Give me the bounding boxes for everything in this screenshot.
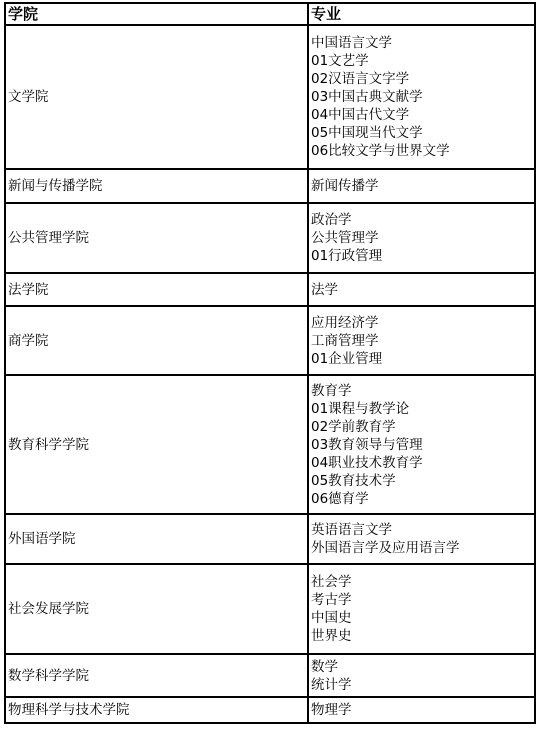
majors-cell: 物理学 — [308, 697, 535, 723]
major-item: 考古学 — [311, 591, 534, 609]
majors-cell: 社会学考古学中国史世界史 — [308, 564, 535, 654]
table-row: 物理科学与技术学院物理学 — [5, 697, 535, 723]
major-item: 统计学 — [311, 676, 534, 694]
major-item: 工商管理学 — [311, 332, 534, 350]
major-item: 03教育领导与管理 — [311, 436, 534, 454]
college-cell: 数学科学学院 — [5, 654, 308, 697]
majors-cell: 法学 — [308, 273, 535, 306]
major-item: 法学 — [311, 281, 534, 299]
major-item: 物理学 — [311, 701, 534, 719]
major-item: 05中国现当代文学 — [311, 124, 534, 142]
major-item: 新闻传播学 — [311, 177, 534, 195]
majors-cell: 教育学01课程与教学论02学前教育学03教育领导与管理04职业技术教育学05教育… — [308, 375, 535, 514]
college-cell: 文学院 — [5, 25, 308, 169]
major-item: 政治学 — [311, 211, 534, 229]
major-item: 01企业管理 — [311, 350, 534, 368]
major-item: 数学 — [311, 658, 534, 676]
table-row: 公共管理学院政治学公共管理学01行政管理 — [5, 203, 535, 273]
major-item: 02学前教育学 — [311, 418, 534, 436]
major-item: 英语语言文学 — [311, 521, 534, 539]
majors-cell: 中国语言文学01文艺学02汉语言文字学03中国古典文献学04中国古代文学05中国… — [308, 25, 535, 169]
major-item: 01文艺学 — [311, 52, 534, 70]
table-row: 数学科学学院数学统计学 — [5, 654, 535, 697]
college-cell: 社会发展学院 — [5, 564, 308, 654]
college-cell: 公共管理学院 — [5, 203, 308, 273]
major-item: 04中国古代文学 — [311, 106, 534, 124]
table-row: 文学院中国语言文学01文艺学02汉语言文字学03中国古典文献学04中国古代文学0… — [5, 25, 535, 169]
college-cell: 新闻与传播学院 — [5, 169, 308, 203]
table-row: 外国语学院英语语言文学外国语言学及应用语言学 — [5, 514, 535, 564]
table-row: 社会发展学院社会学考古学中国史世界史 — [5, 564, 535, 654]
majors-cell: 应用经济学工商管理学01企业管理 — [308, 306, 535, 375]
major-item: 外国语言学及应用语言学 — [311, 539, 534, 557]
college-cell: 教育科学学院 — [5, 375, 308, 514]
table-row: 商学院应用经济学工商管理学01企业管理 — [5, 306, 535, 375]
header-major: 专业 — [308, 3, 535, 25]
majors-cell: 数学统计学 — [308, 654, 535, 697]
major-item: 中国史 — [311, 609, 534, 627]
major-item: 03中国古典文献学 — [311, 88, 534, 106]
major-item: 01课程与教学论 — [311, 400, 534, 418]
major-item: 01行政管理 — [311, 247, 534, 265]
table-row: 教育科学学院教育学01课程与教学论02学前教育学03教育领导与管理04职业技术教… — [5, 375, 535, 514]
major-item: 应用经济学 — [311, 314, 534, 332]
major-item: 中国语言文学 — [311, 34, 534, 52]
major-item: 02汉语言文字学 — [311, 70, 534, 88]
major-item: 教育学 — [311, 382, 534, 400]
majors-cell: 政治学公共管理学01行政管理 — [308, 203, 535, 273]
majors-cell: 英语语言文学外国语言学及应用语言学 — [308, 514, 535, 564]
major-item: 公共管理学 — [311, 229, 534, 247]
college-majors-table: 学院 专业 文学院中国语言文学01文艺学02汉语言文字学03中国古典文献学04中… — [4, 2, 536, 724]
college-cell: 外国语学院 — [5, 514, 308, 564]
header-row: 学院 专业 — [5, 3, 535, 25]
college-cell: 物理科学与技术学院 — [5, 697, 308, 723]
major-item: 05教育技术学 — [311, 472, 534, 490]
major-item: 06德育学 — [311, 490, 534, 508]
major-item: 06比较文学与世界文学 — [311, 142, 534, 160]
major-item: 社会学 — [311, 573, 534, 591]
table-row: 新闻与传播学院新闻传播学 — [5, 169, 535, 203]
majors-cell: 新闻传播学 — [308, 169, 535, 203]
college-cell: 法学院 — [5, 273, 308, 306]
table-row: 法学院法学 — [5, 273, 535, 306]
header-college: 学院 — [5, 3, 308, 25]
major-item: 世界史 — [311, 627, 534, 645]
college-cell: 商学院 — [5, 306, 308, 375]
major-item: 04职业技术教育学 — [311, 454, 534, 472]
